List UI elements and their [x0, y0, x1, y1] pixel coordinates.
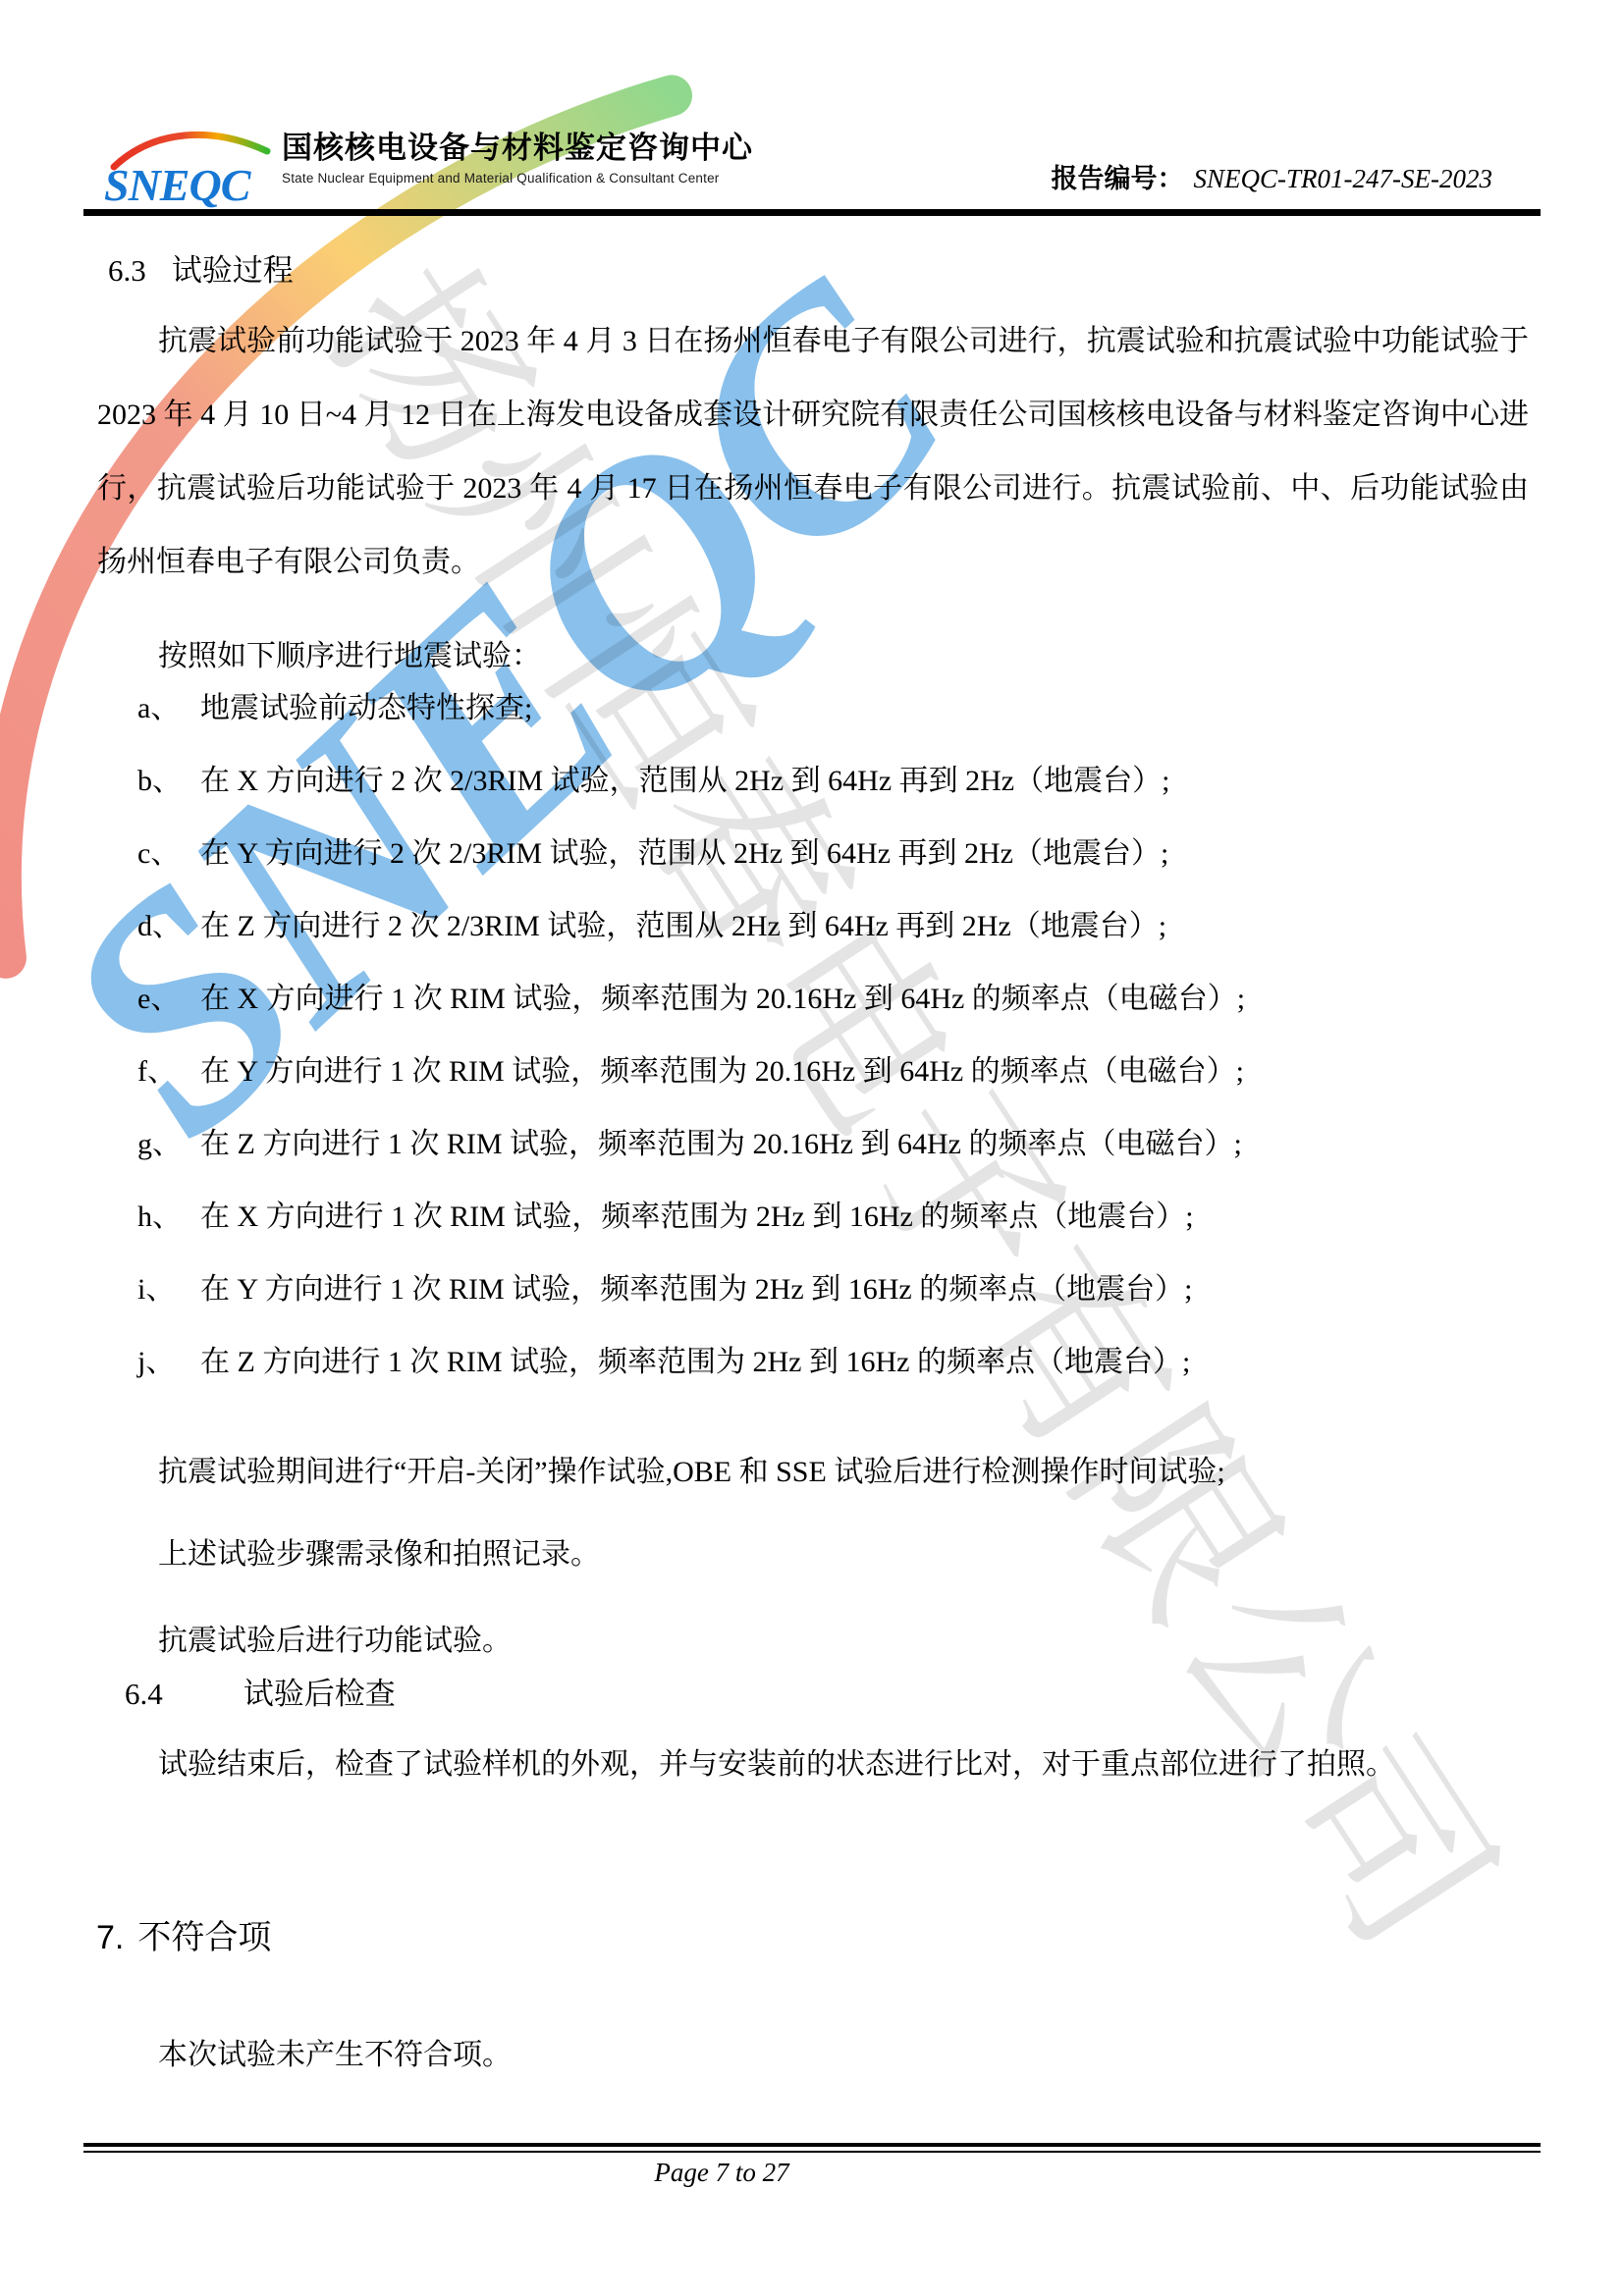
- list-item: i、在 Y 方向进行 1 次 RIM 试验，频率范围为 2Hz 到 16Hz 的…: [137, 1273, 1193, 1307]
- list-item: g、在 Z 方向进行 1 次 RIM 试验，频率范围为 20.16Hz 到 64…: [137, 1128, 1242, 1161]
- list-item-label: f、: [137, 1055, 200, 1089]
- list-item: h、在 X 方向进行 1 次 RIM 试验，频率范围为 2Hz 到 16Hz 的…: [137, 1201, 1194, 1234]
- section-heading-6-4: 6.4 试验后检查: [125, 1669, 396, 1713]
- section-heading-7: 7. 不符合项: [96, 1910, 271, 1958]
- paragraph-post-function-test: 抗震试验后进行功能试验。: [158, 1604, 512, 1678]
- page-number: Page 7 to 27: [491, 2158, 952, 2188]
- section-title: 试验后检查: [244, 1669, 396, 1713]
- list-item-label: c、: [137, 837, 200, 871]
- list-item-text: 在 X 方向进行 1 次 RIM 试验，频率范围为 2Hz 到 16Hz 的频率…: [200, 1201, 1194, 1234]
- list-item: a、地震试验前动态特性探查;: [137, 692, 532, 725]
- list-item: f、在 Y 方向进行 1 次 RIM 试验，频率范围为 20.16Hz 到 64…: [137, 1055, 1244, 1089]
- list-item: d、在 Z 方向进行 2 次 2/3RIM 试验，范围从 2Hz 到 64Hz …: [137, 910, 1166, 943]
- org-name-en: State Nuclear Equipment and Material Qua…: [282, 171, 753, 186]
- list-item: b、在 X 方向进行 2 次 2/3RIM 试验，范围从 2Hz 到 64Hz …: [137, 765, 1169, 798]
- section-heading-6-3: 6.3 试验过程: [108, 245, 294, 290]
- report-number-block: 报告编号： SNEQC-TR01-247-SE-2023: [1021, 157, 1492, 195]
- section-title: 不符合项: [137, 1910, 271, 1958]
- list-item-text: 地震试验前动态特性探查;: [200, 692, 532, 725]
- list-item-text: 在 Y 方向进行 1 次 RIM 试验，频率范围为 2Hz 到 16Hz 的频率…: [200, 1273, 1193, 1307]
- footer-rule: [83, 2143, 1541, 2153]
- list-item-label: d、: [137, 910, 200, 943]
- section-number: 6.4: [125, 1677, 163, 1712]
- paragraph-nonconformity: 本次试验未产生不符合项。: [158, 2018, 512, 2092]
- list-item: j、在 Z 方向进行 1 次 RIM 试验，频率范围为 2Hz 到 16Hz 的…: [137, 1346, 1190, 1379]
- list-item-text: 在 Z 方向进行 2 次 2/3RIM 试验，范围从 2Hz 到 64Hz 再到…: [200, 910, 1166, 943]
- report-page: SNEQC 扬州恒春电子有限公司 SNEQC 国核核电设备与材料鉴定咨询中心 S…: [0, 0, 1624, 2296]
- list-item-text: 在 Z 方向进行 1 次 RIM 试验，频率范围为 2Hz 到 16Hz 的频率…: [200, 1346, 1190, 1379]
- header-rule: [83, 209, 1541, 216]
- paragraph-sequence-intro: 按照如下顺序进行地震试验：: [158, 619, 541, 693]
- org-name-zh: 国核核电设备与材料鉴定咨询中心: [282, 132, 753, 165]
- list-item-label: j、: [137, 1346, 200, 1379]
- list-item-text: 在 X 方向进行 2 次 2/3RIM 试验，范围从 2Hz 到 64Hz 再到…: [200, 765, 1169, 798]
- section-title: 试验过程: [172, 245, 294, 290]
- list-item-label: h、: [137, 1201, 200, 1234]
- sneqc-logo: SNEQC: [102, 124, 279, 208]
- report-number-value: SNEQC-TR01-247-SE-2023: [1194, 164, 1492, 194]
- list-item: c、在 Y 方向进行 2 次 2/3RIM 试验，范围从 2Hz 到 64Hz …: [137, 837, 1168, 871]
- list-item: e、在 X 方向进行 1 次 RIM 试验，频率范围为 20.16Hz 到 64…: [137, 983, 1245, 1016]
- list-item-text: 在 X 方向进行 1 次 RIM 试验，频率范围为 20.16Hz 到 64Hz…: [200, 983, 1245, 1016]
- section-number: 6.3: [108, 253, 146, 289]
- list-item-text: 在 Z 方向进行 1 次 RIM 试验，频率范围为 20.16Hz 到 64Hz…: [200, 1128, 1242, 1161]
- paragraph-recording: 上述试验步骤需录像和拍照记录。: [158, 1518, 600, 1591]
- logo-text: SNEQC: [104, 160, 252, 208]
- list-item-label: e、: [137, 983, 200, 1016]
- report-number-label: 报告编号：: [1052, 157, 1184, 195]
- org-name-block: 国核核电设备与材料鉴定咨询中心 State Nuclear Equipment …: [282, 132, 753, 186]
- list-item-label: g、: [137, 1128, 200, 1161]
- section-number: 7.: [96, 1919, 124, 1957]
- paragraph-operation-test: 抗震试验期间进行“开启-关闭”操作试验,OBE 和 SSE 试验后进行检测操作时…: [158, 1435, 1225, 1509]
- list-item-text: 在 Y 方向进行 1 次 RIM 试验，频率范围为 20.16Hz 到 64Hz…: [200, 1055, 1244, 1089]
- list-item-label: a、: [137, 692, 200, 725]
- list-item-label: b、: [137, 765, 200, 798]
- list-item-text: 在 Y 方向进行 2 次 2/3RIM 试验，范围从 2Hz 到 64Hz 再到…: [200, 837, 1168, 871]
- list-item-label: i、: [137, 1273, 200, 1307]
- paragraph-test-process: 抗震试验前功能试验于 2023 年 4 月 3 日在扬州恒春电子有限公司进行，抗…: [97, 304, 1529, 599]
- paragraph-post-inspection: 试验结束后，检查了试验样机的外观，并与安装前的状态进行比对，对于重点部位进行了拍…: [97, 1728, 1529, 1801]
